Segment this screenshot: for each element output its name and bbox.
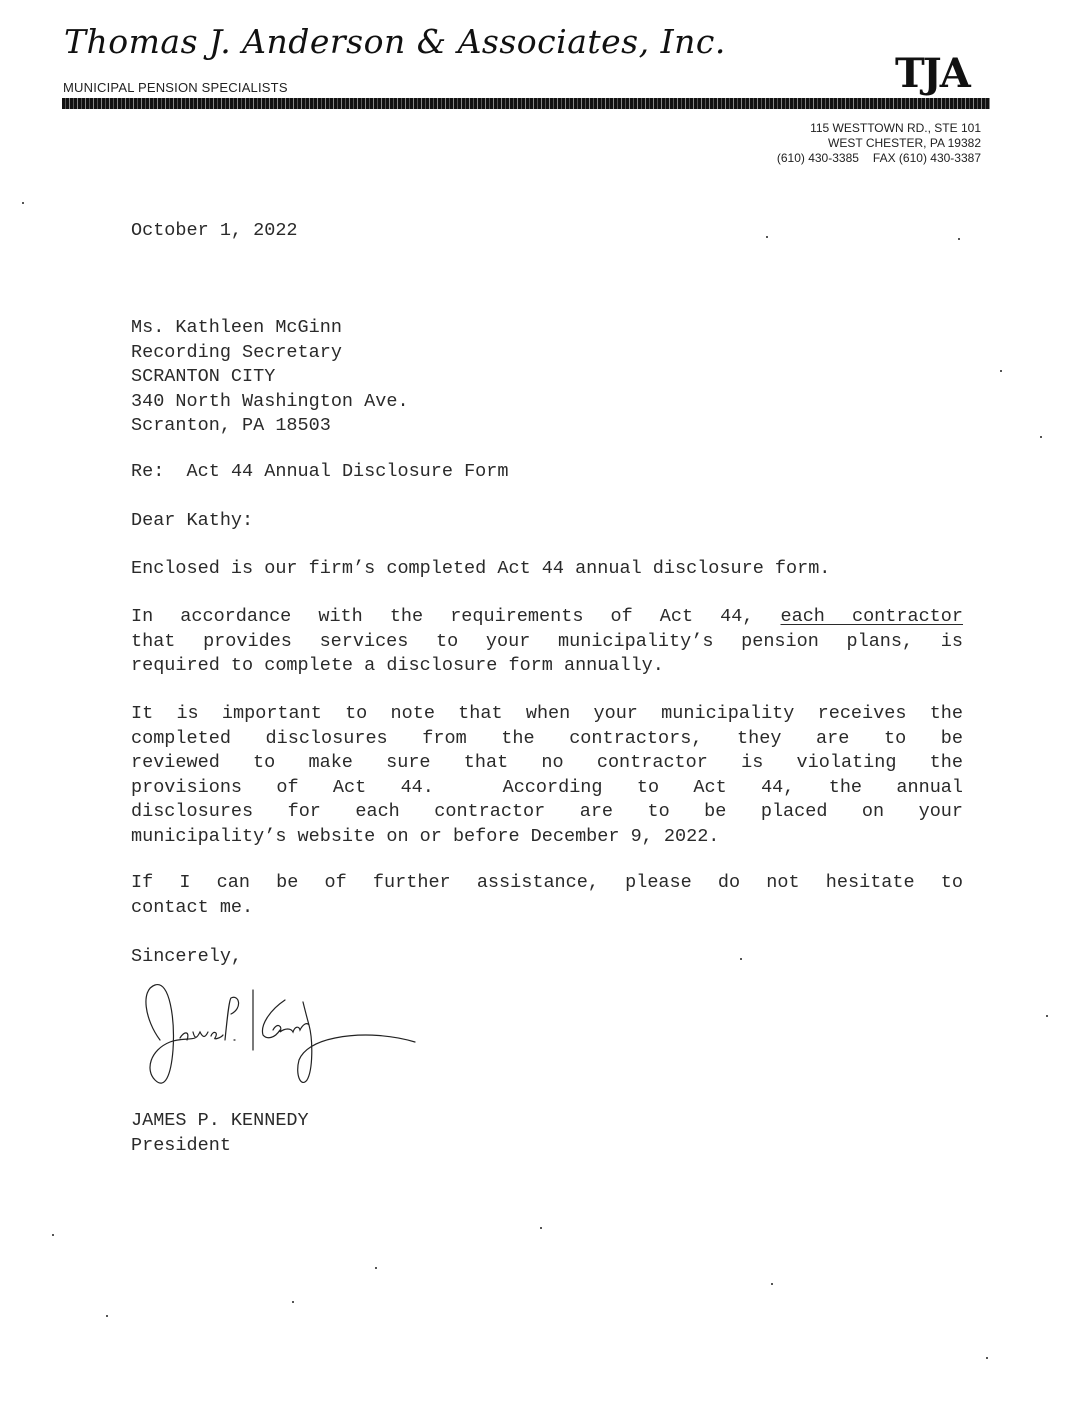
scan-speck [1046, 1015, 1048, 1017]
scan-speck [771, 1283, 773, 1285]
letter-date: October 1, 2022 [131, 219, 298, 244]
salutation: Dear Kathy: [131, 509, 253, 534]
scan-speck [22, 202, 24, 204]
paragraph-line: If I can be of further assistance, pleas… [131, 871, 963, 896]
recipient-street: 340 North Washington Ave. [131, 390, 409, 415]
scan-speck [1000, 370, 1002, 372]
recipient-title: Recording Secretary [131, 341, 409, 366]
scan-speck [766, 236, 768, 238]
paragraph-line: that provides services to your municipal… [131, 630, 963, 655]
scan-speck [292, 1301, 294, 1303]
subject-line: Re: Act 44 Annual Disclosure Form [131, 460, 508, 485]
subject-label: Re: [131, 461, 164, 482]
scan-speck [740, 958, 742, 960]
paragraph-line: required to complete a disclosure form a… [131, 654, 963, 679]
emphasis-each-contractor: each contractor [781, 606, 964, 627]
recipient-address-block: Ms. Kathleen McGinn Recording Secretary … [131, 316, 409, 439]
closing: Sincerely, [131, 945, 242, 970]
paragraph-line: municipality’s website on or before Dece… [131, 825, 963, 850]
scan-speck [986, 1357, 988, 1359]
address-line-2: WEST CHESTER, PA 19382 [777, 136, 981, 151]
paragraph-line: contact me. [131, 896, 963, 921]
paragraph-enclosure: Enclosed is our firm’s completed Act 44 … [131, 557, 830, 582]
company-logo: TJA [895, 52, 969, 96]
company-address: 115 WESTTOWN RD., STE 101 WEST CHESTER, … [777, 121, 981, 166]
paragraph-line: completed disclosures from the contracto… [131, 727, 963, 752]
paragraph-line: In accordance with the requirements of A… [131, 605, 963, 630]
phone-number: (610) 430-3385 [777, 151, 859, 165]
scan-speck [52, 1234, 54, 1236]
scan-speck [375, 1267, 377, 1269]
paragraph-requirements: In accordance with the requirements of A… [131, 605, 963, 679]
fax-number: FAX (610) 430-3387 [873, 151, 981, 165]
contact-line: (610) 430-3385FAX (610) 430-3387 [777, 151, 981, 166]
scan-speck [1040, 436, 1042, 438]
handwritten-signature [135, 980, 425, 1090]
recipient-city: Scranton, PA 18503 [131, 414, 409, 439]
scan-speck [540, 1227, 542, 1229]
recipient-organization: SCRANTON CITY [131, 365, 409, 390]
signer-name: JAMES P. KENNEDY [131, 1109, 309, 1134]
recipient-name: Ms. Kathleen McGinn [131, 316, 409, 341]
company-tagline: MUNICIPAL PENSION SPECIALISTS [63, 80, 288, 95]
paragraph-line: disclosures for each contractor are to b… [131, 800, 963, 825]
address-line-1: 115 WESTTOWN RD., STE 101 [777, 121, 981, 136]
scan-speck [958, 238, 960, 240]
paragraph-review-notice: It is important to note that when your m… [131, 702, 963, 849]
paragraph-line: reviewed to make sure that no contractor… [131, 751, 963, 776]
paragraph-line: It is important to note that when your m… [131, 702, 963, 727]
company-name: Thomas J. Anderson & Associates, Inc. [64, 22, 726, 61]
subject-text: Act 44 Annual Disclosure Form [187, 461, 509, 482]
letterhead-divider [62, 98, 990, 109]
signer-title: President [131, 1134, 309, 1159]
paragraph-line: provisions of Act 44. According to Act 4… [131, 776, 963, 801]
paragraph-closing-offer: If I can be of further assistance, pleas… [131, 871, 963, 920]
scan-speck [106, 1315, 108, 1317]
signer-block: JAMES P. KENNEDY President [131, 1109, 309, 1158]
